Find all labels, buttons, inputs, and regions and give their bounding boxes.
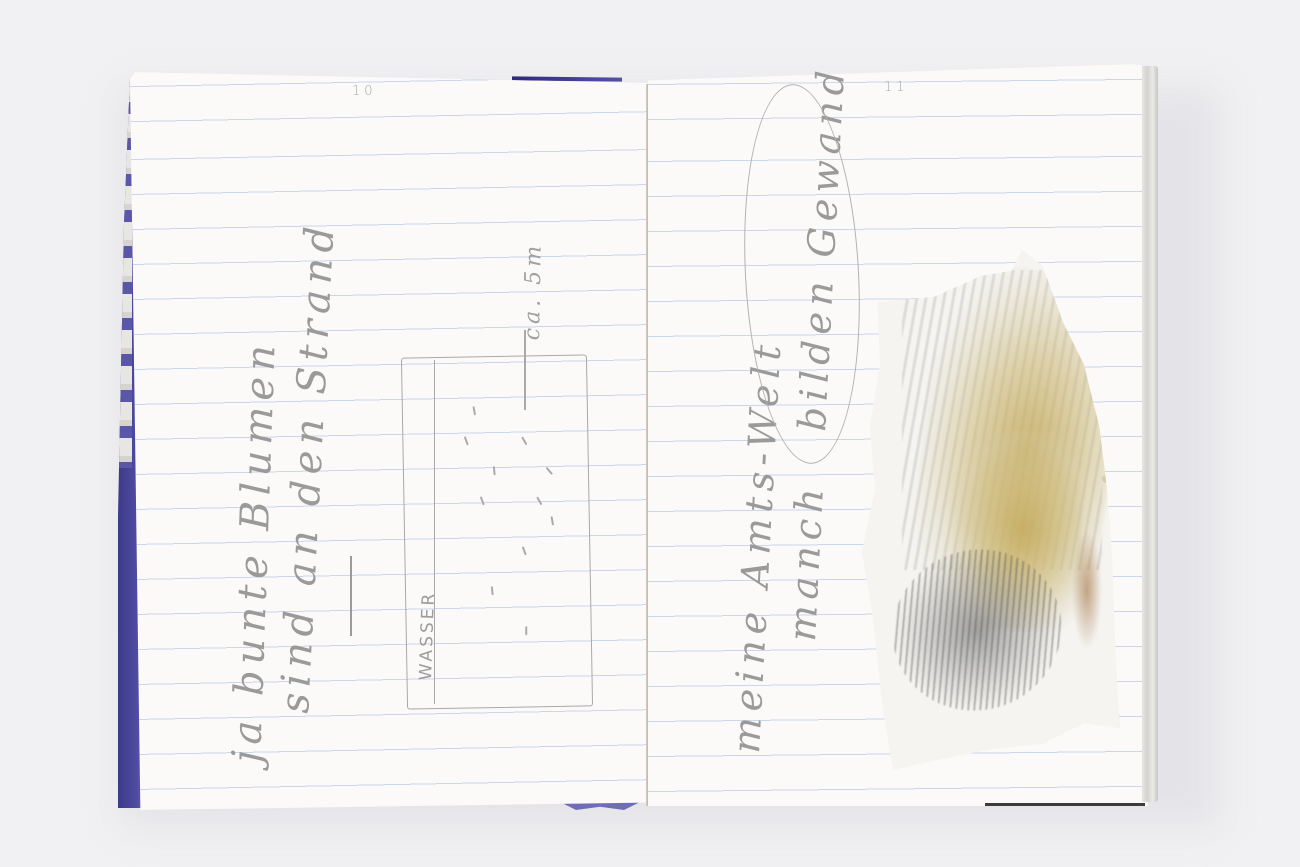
dash-mark	[350, 556, 352, 636]
measurement-label: ca. 5m	[520, 242, 547, 341]
rust-pigment	[1072, 530, 1102, 650]
right-line-2: manch	[780, 481, 832, 642]
page-block-edge	[1142, 66, 1158, 802]
measurement-arrow	[524, 330, 526, 410]
notebook-scene: 10 ja bunte Blumen sind an den Strand WA…	[0, 0, 1300, 867]
left-page-number: 10	[352, 84, 377, 99]
back-cover-edge	[985, 803, 1145, 806]
water-label: WASSER	[416, 590, 439, 680]
right-page-number: 11	[884, 80, 909, 95]
